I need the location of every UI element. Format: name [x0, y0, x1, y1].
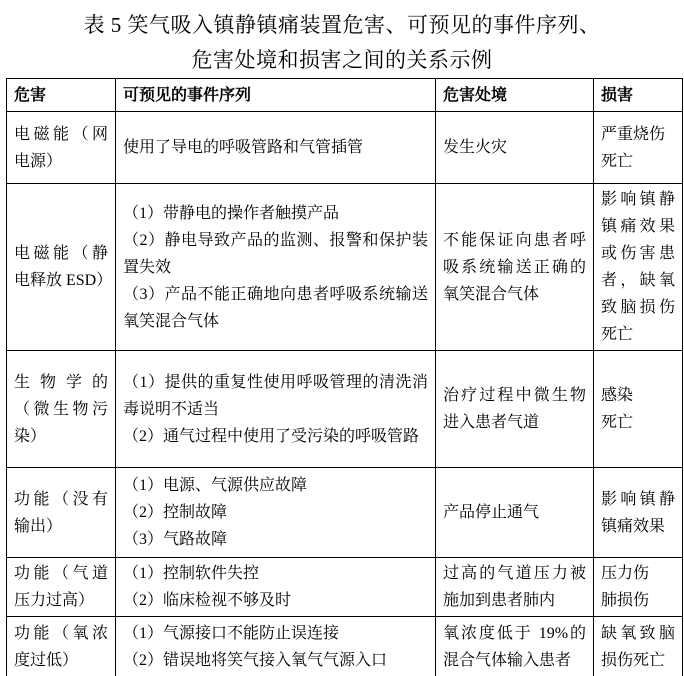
table-row-no-output: 功能（没有输出） （1）电源、气源供应故障 （2）控制故障 （3）气路故障 产品… [7, 468, 683, 558]
events-cell: （1）控制软件失控 （2）临床检视不够及时 [116, 558, 436, 617]
harm-cell: 感染 死亡 [594, 351, 683, 468]
table-row-high-airway-pressure: 功能（气道压力过高） （1）控制软件失控 （2）临床检视不够及时 过高的气道压力… [7, 558, 683, 617]
table-title: 表 5 笑气吸入镇静镇痛装置危害、可预见的事件序列、 危害处境和损害之间的关系示… [0, 0, 684, 78]
hazard-cell: 电磁能（网电源） [7, 112, 116, 184]
situation-cell: 治疗过程中微生物进入患者气道 [436, 351, 594, 468]
events-cell: （1）带静电的操作者触摸产品 （2）静电导致产品的监测、报警和保护装置失效 （3… [116, 184, 436, 351]
table-row-low-oxygen: 功能（氧浓度过低） （1）气源接口不能防止误连接 （2）错误地将笑气接入氧气气源… [7, 617, 683, 676]
events-cell: （1）电源、气源供应故障 （2）控制故障 （3）气路故障 [116, 468, 436, 558]
hazard-cell: 功能（氧浓度过低） [7, 617, 116, 676]
situation-cell: 氧浓度低于 19%的混合气体输入患者 [436, 617, 594, 676]
table-row-esd: 电磁能（静电释放 ESD） （1）带静电的操作者触摸产品 （2）静电导致产品的监… [7, 184, 683, 351]
harm-cell: 影响镇静镇痛效果 [594, 468, 683, 558]
harm-cell: 压力伤 肺损伤 [594, 558, 683, 617]
hazard-cell: 功能（气道压力过高） [7, 558, 116, 617]
title-line-2: 危害处境和损害之间的关系示例 [0, 43, 684, 78]
col-header-hazard: 危害 [7, 79, 116, 112]
hazard-cell: 生物学的（微生物污染） [7, 351, 116, 468]
harm-cell: 影响镇静镇痛效果或伤害患者，缺氧致脑损伤死亡 [594, 184, 683, 351]
harm-cell: 缺氧致脑损伤死亡 [594, 617, 683, 676]
harm-cell: 严重烧伤 死亡 [594, 112, 683, 184]
col-header-events: 可预见的事件序列 [116, 79, 436, 112]
col-header-situation: 危害处境 [436, 79, 594, 112]
document-page: 表 5 笑气吸入镇静镇痛装置危害、可预见的事件序列、 危害处境和损害之间的关系示… [0, 0, 684, 676]
table-row-biological: 生物学的（微生物污染） （1）提供的重复性使用呼吸管理的清洗消毒说明不适当 （2… [7, 351, 683, 468]
events-cell: （1）提供的重复性使用呼吸管理的清洗消毒说明不适当 （2）通气过程中使用了受污染… [116, 351, 436, 468]
situation-cell: 过高的气道压力被施加到患者肺内 [436, 558, 594, 617]
hazard-cell: 电磁能（静电释放 ESD） [7, 184, 116, 351]
situation-cell: 产品停止通气 [436, 468, 594, 558]
events-cell: （1）气源接口不能防止误连接 （2）错误地将笑气接入氧气气源入口 [116, 617, 436, 676]
hazard-cell: 功能（没有输出） [7, 468, 116, 558]
situation-cell: 不能保证向患者呼吸系统输送正确的氧笑混合气体 [436, 184, 594, 351]
hazard-relationship-table: 危害 可预见的事件序列 危害处境 损害 电磁能（网电源） 使用了导电的呼吸管路和… [6, 78, 683, 676]
title-line-1: 表 5 笑气吸入镇静镇痛装置危害、可预见的事件序列、 [0, 8, 684, 43]
table-row-mains-power: 电磁能（网电源） 使用了导电的呼吸管路和气管插管 发生火灾 严重烧伤 死亡 [7, 112, 683, 184]
events-cell: 使用了导电的呼吸管路和气管插管 [116, 112, 436, 184]
situation-cell: 发生火灾 [436, 112, 594, 184]
col-header-harm: 损害 [594, 79, 683, 112]
table-header-row: 危害 可预见的事件序列 危害处境 损害 [7, 79, 683, 112]
